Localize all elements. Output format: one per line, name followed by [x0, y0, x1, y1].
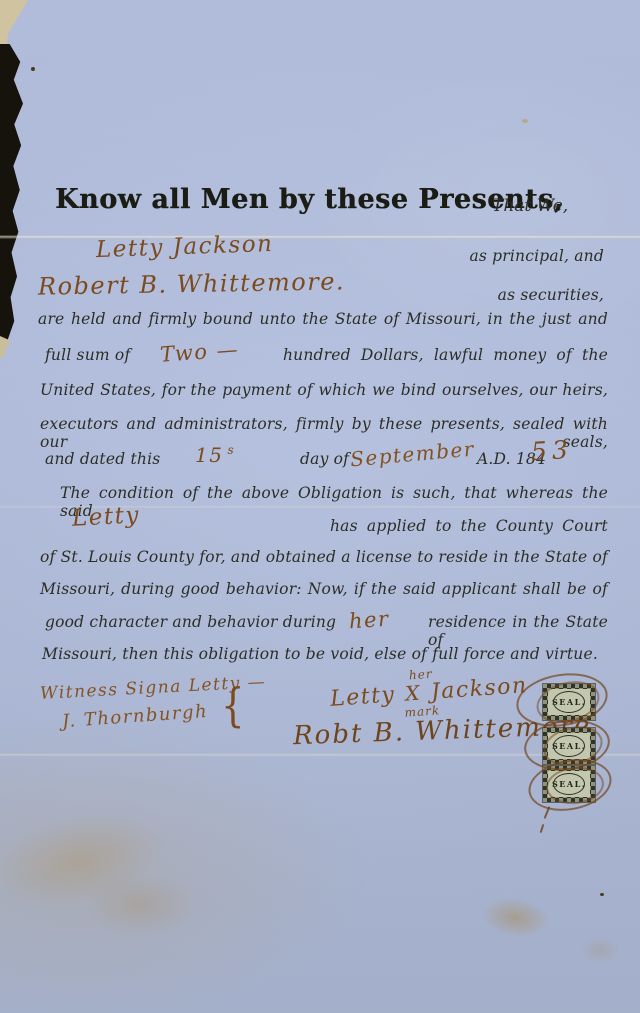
closing-line: Missouri, then this obligation to be voi…	[42, 645, 598, 663]
principal-first-name: Letty	[329, 682, 396, 711]
surety-name-handwritten: Robert B. Whittemore.	[38, 267, 345, 300]
ink-speck	[31, 67, 35, 71]
applicant-name-handwritten: Letty	[71, 502, 140, 532]
principal-last-name: Jackson	[430, 673, 528, 705]
body-line-3: United States, for the payment of which …	[40, 381, 608, 399]
principal-name-handwritten: Letty Jackson	[96, 231, 274, 263]
pen-tick	[540, 824, 545, 833]
sum-amount-handwritten: Two —	[159, 337, 240, 366]
foxing-spot	[522, 119, 528, 123]
her-label: her	[409, 667, 433, 683]
witness-name-handwritten: J. Thornburgh	[61, 701, 208, 732]
behavior-line-post: residence in the State of	[428, 613, 608, 649]
document-scan: Know all Men by these Presents, That We,…	[0, 0, 640, 1013]
stain-bottom-right-2	[570, 930, 630, 970]
principal-role-label: as principal, and	[469, 247, 604, 265]
day-suffix: s	[227, 443, 235, 457]
pronoun-handwritten: her	[348, 607, 390, 634]
date-line-mid: day of	[300, 450, 349, 468]
date-line-pre: and dated this	[45, 450, 160, 468]
surety-role-label: as securities,	[498, 286, 604, 304]
stain-bottom-right	[465, 884, 567, 952]
torn-left-edge	[0, 44, 23, 342]
applied-line: has applied to the County Court	[330, 517, 608, 535]
ink-speck	[600, 893, 604, 896]
body-line-1: are held and firmly bound unto the State…	[38, 310, 608, 328]
body-line-9: Missouri, during good behavior: Now, if …	[40, 580, 608, 598]
condition-line: The condition of the above Obligation is…	[60, 484, 608, 520]
mark-x: X	[404, 681, 421, 706]
witness-brace: {	[221, 678, 246, 732]
day-number: 15	[195, 443, 223, 467]
that-we-text: That We,	[492, 196, 568, 216]
torn-edge-foot	[0, 336, 10, 358]
principal-mark-signature: LettyherXmarkJackson	[329, 673, 528, 712]
body-line-8: of St. Louis County for, and obtained a …	[40, 548, 608, 566]
headline-text: Know all Men by these Presents,	[55, 184, 564, 215]
sum-line-pre: full sum of	[45, 346, 130, 364]
behavior-line-pre: good character and behavior during	[45, 613, 336, 631]
body-line-4: executors and administrators, firmly by …	[40, 415, 608, 451]
mark-x-group: herXmark	[404, 681, 421, 706]
sum-line-post: hundred Dollars, lawful money of the	[283, 346, 608, 364]
year-handwritten: 53	[530, 435, 573, 466]
day-handwritten: 15s	[195, 443, 231, 467]
stain-bottom-left-2	[60, 860, 220, 950]
